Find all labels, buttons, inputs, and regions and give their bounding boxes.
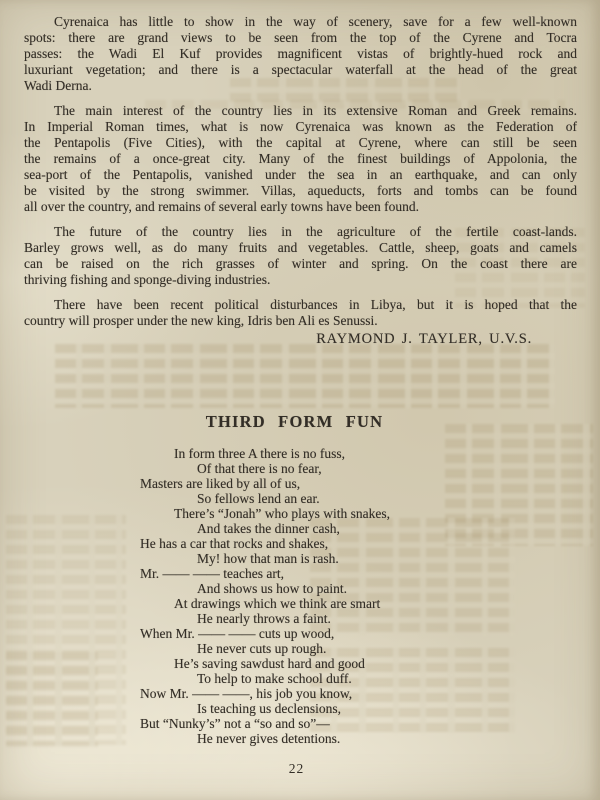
text-line: can be raised on the rich grasses of win… [24, 256, 577, 272]
article-body: Cyrenaica has little to show in the way … [24, 14, 577, 329]
text-line: all over the country, and remains of sev… [24, 199, 577, 215]
poem-line: Of that there is no fear, [197, 461, 577, 476]
poem-line: He never cuts up rough. [197, 641, 577, 656]
text-line: luxuriant vegetation; and there is a spe… [24, 62, 577, 78]
poem-line: In form three A there is no fuss, [174, 446, 577, 461]
scanned-page: Cyrenaica has little to show in the way … [0, 0, 600, 800]
poem-line: So fellows lend an ear. [197, 491, 577, 506]
poem-line: He’s saving sawdust hard and good [174, 656, 577, 671]
paragraph: The main interest of the country lies in… [24, 103, 577, 215]
paragraph: The future of the country lies in the ag… [24, 224, 577, 288]
text-line: the remains of a once-great city. Many o… [24, 151, 577, 167]
poem-body: In form three A there is no fuss,Of that… [24, 446, 577, 746]
paragraph: There have been recent political disturb… [24, 297, 577, 329]
poem-line: He has a car that rocks and shakes, [140, 536, 577, 551]
text-line: the Pentapolis (Five Cities), with the c… [24, 135, 577, 151]
poem-line: And shows us how to paint. [197, 581, 577, 596]
text-line: Barley grows well, as do many fruits and… [24, 240, 577, 256]
poem-section: THIRD FORM FUN In form three A there is … [24, 412, 577, 746]
poem-line: Now Mr. —— ——, his job you know, [140, 686, 577, 701]
text-line: The future of the country lies in the ag… [24, 224, 577, 240]
poem-line: Masters are liked by all of us, [140, 476, 577, 491]
text-line: Cyrenaica has little to show in the way … [24, 14, 577, 30]
bleed-through-texture [55, 344, 555, 408]
text-line: be visited by the strong swimmer. Villas… [24, 183, 577, 199]
text-line: The main interest of the country lies in… [24, 103, 577, 119]
poem-line: He nearly throws a faint. [197, 611, 577, 626]
byline: RAYMOND J. TAYLER, U.V.S. [24, 331, 577, 348]
poem-line: To help to make school duff. [197, 671, 577, 686]
poem-line: There’s “Jonah” who plays with snakes, [174, 506, 577, 521]
poem-line: Is teaching us declensions, [197, 701, 577, 716]
text-line: passes: the Wadi El Kuf provides magnifi… [24, 46, 577, 62]
text-line: In Imperial Roman times, what is now Cyr… [24, 119, 577, 135]
paragraph: Cyrenaica has little to show in the way … [24, 14, 577, 94]
article-cyrenaica: Cyrenaica has little to show in the way … [24, 14, 577, 348]
text-line: spots: there are grand views to be seen … [24, 30, 577, 46]
poem-line: Mr. —— —— teaches art, [140, 566, 577, 581]
poem-line: When Mr. —— —— cuts up wood, [140, 626, 577, 641]
poem-line: And takes the dinner cash, [197, 521, 577, 536]
poem-line: But “Nunky’s” not a “so and so”— [140, 716, 577, 731]
text-line: sea-port of the Pentapolis, vanished und… [24, 167, 577, 183]
page-number: 22 [289, 761, 305, 777]
text-line: There have been recent political disturb… [24, 297, 577, 313]
text-line: thriving fishing and sponge-diving indus… [24, 272, 577, 288]
poem-line: He never gives detentions. [197, 731, 577, 746]
poem-line: My! how that man is rash. [197, 551, 577, 566]
page-footer: 22 [24, 760, 577, 778]
text-line: country will prosper under the new king,… [24, 313, 577, 329]
text-line: Wadi Derna. [24, 78, 577, 94]
poem-line: At drawings which we think are smart [174, 596, 577, 611]
poem-title: THIRD FORM FUN [18, 412, 571, 431]
